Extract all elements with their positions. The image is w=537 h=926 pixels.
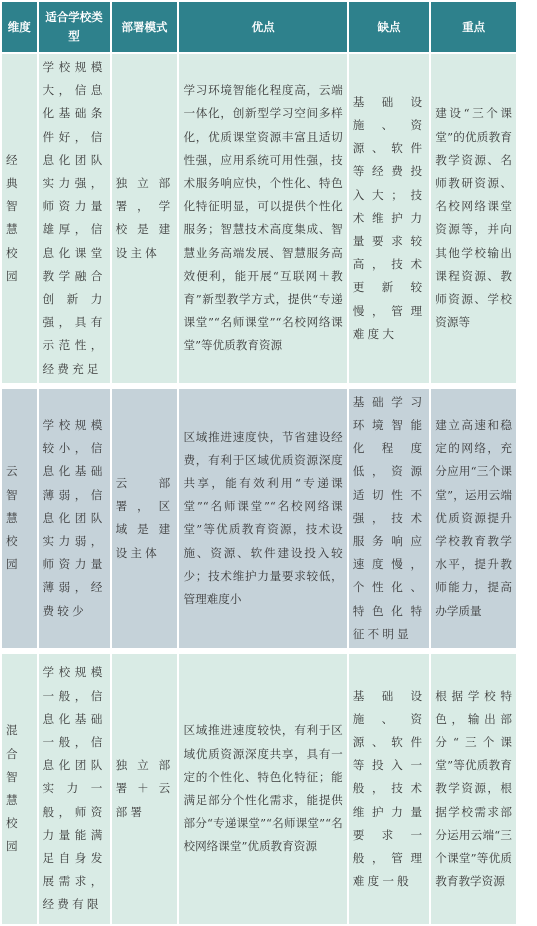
- table-row-hybrid: 混合智慧校园 学校规模一般，信息化基础一般，信息化团队实力一般，师资力量能满足自…: [2, 654, 516, 896]
- cell-focus: 根据学校特色，输出部分“三个课堂”等优质教育教学资源，根据学校需求部分运用云端“…: [431, 654, 516, 896]
- header-dimension: 维度: [2, 2, 37, 52]
- cell-pros: 区域推进速度快，节省建设经费，有利于区域优质资源深度共享，能有效利用“专递课堂”…: [179, 389, 346, 648]
- header-cons: 缺点: [349, 2, 430, 52]
- cell-deploy-mode: 独立部署，学校是建设主体: [112, 54, 178, 383]
- comparison-table: 维度 适合学校类型 部署模式 优点 缺点 重点 经典智慧校园 学校规模大，信息化…: [0, 0, 518, 896]
- cell-school-type: 学校规模大，信息化基础条件好，信息化团队实力强，师资力量雄厚，信息化课堂教学融合…: [39, 54, 110, 383]
- header-focus: 重点: [431, 2, 516, 52]
- cell-school-type: 学校规模较小，信息化基础薄弱，信息化团队实力弱，师资力量薄弱，经费较少: [39, 389, 110, 648]
- cell-pros: 区域推进速度较快，有利于区域优质资源深度共享，具有一定的个性化、特色化特征；能满…: [179, 654, 346, 896]
- cell-school-type: 学校规模一般，信息化基础一般，信息化团队实力一般，师资力量能满足自身发展需求，经…: [39, 654, 110, 896]
- row-divider: [2, 650, 516, 652]
- cell-dimension: 经典智慧校园: [2, 54, 37, 383]
- table-row-cloud: 云智慧校园 学校规模较小，信息化基础薄弱，信息化团队实力弱，师资力量薄弱，经费较…: [2, 389, 516, 648]
- table-row-classic: 经典智慧校园 学校规模大，信息化基础条件好，信息化团队实力强，师资力量雄厚，信息…: [2, 54, 516, 383]
- cell-focus: 建立高速和稳定的网络，充分应用“三个课堂”，运用云端优质资源提升学校教育教学水平…: [431, 389, 516, 648]
- row-divider: [2, 385, 516, 387]
- cell-pros: 学习环境智能化程度高，云端一体化，创新型学习空间多样化，优质课堂资源丰富且适切性…: [179, 54, 346, 383]
- header-row: 维度 适合学校类型 部署模式 优点 缺点 重点: [2, 2, 516, 52]
- header-school-type: 适合学校类型: [39, 2, 110, 52]
- header-deploy-mode: 部署模式: [112, 2, 178, 52]
- cell-deploy-mode: 独立部署＋云部署: [112, 654, 178, 896]
- divider: [2, 385, 516, 387]
- divider: [2, 650, 516, 652]
- cell-dimension: 云智慧校园: [2, 389, 37, 648]
- cell-cons: 基础设施、资源、软件等经费投入大；技术维护力量要求较高，技术更新较慢，管理难度大: [349, 54, 430, 383]
- cell-cons: 基础学习环境智能化程度低，资源适切性不强，技术服务响应速度慢，个性化、特色化特征…: [349, 389, 430, 648]
- cell-focus: 建设“三个课堂”的优质教育教学资源、名师教研资源、名校网络课堂资源等，并向其他学…: [431, 54, 516, 383]
- cell-cons: 基础设施、资源、软件等投入一般，技术维护力量要求一般，管理难度一般: [349, 654, 430, 896]
- header-pros: 优点: [179, 2, 346, 52]
- cell-dimension: 混合智慧校园: [2, 654, 37, 896]
- cell-deploy-mode: 云部署，区域是建设主体: [112, 389, 178, 648]
